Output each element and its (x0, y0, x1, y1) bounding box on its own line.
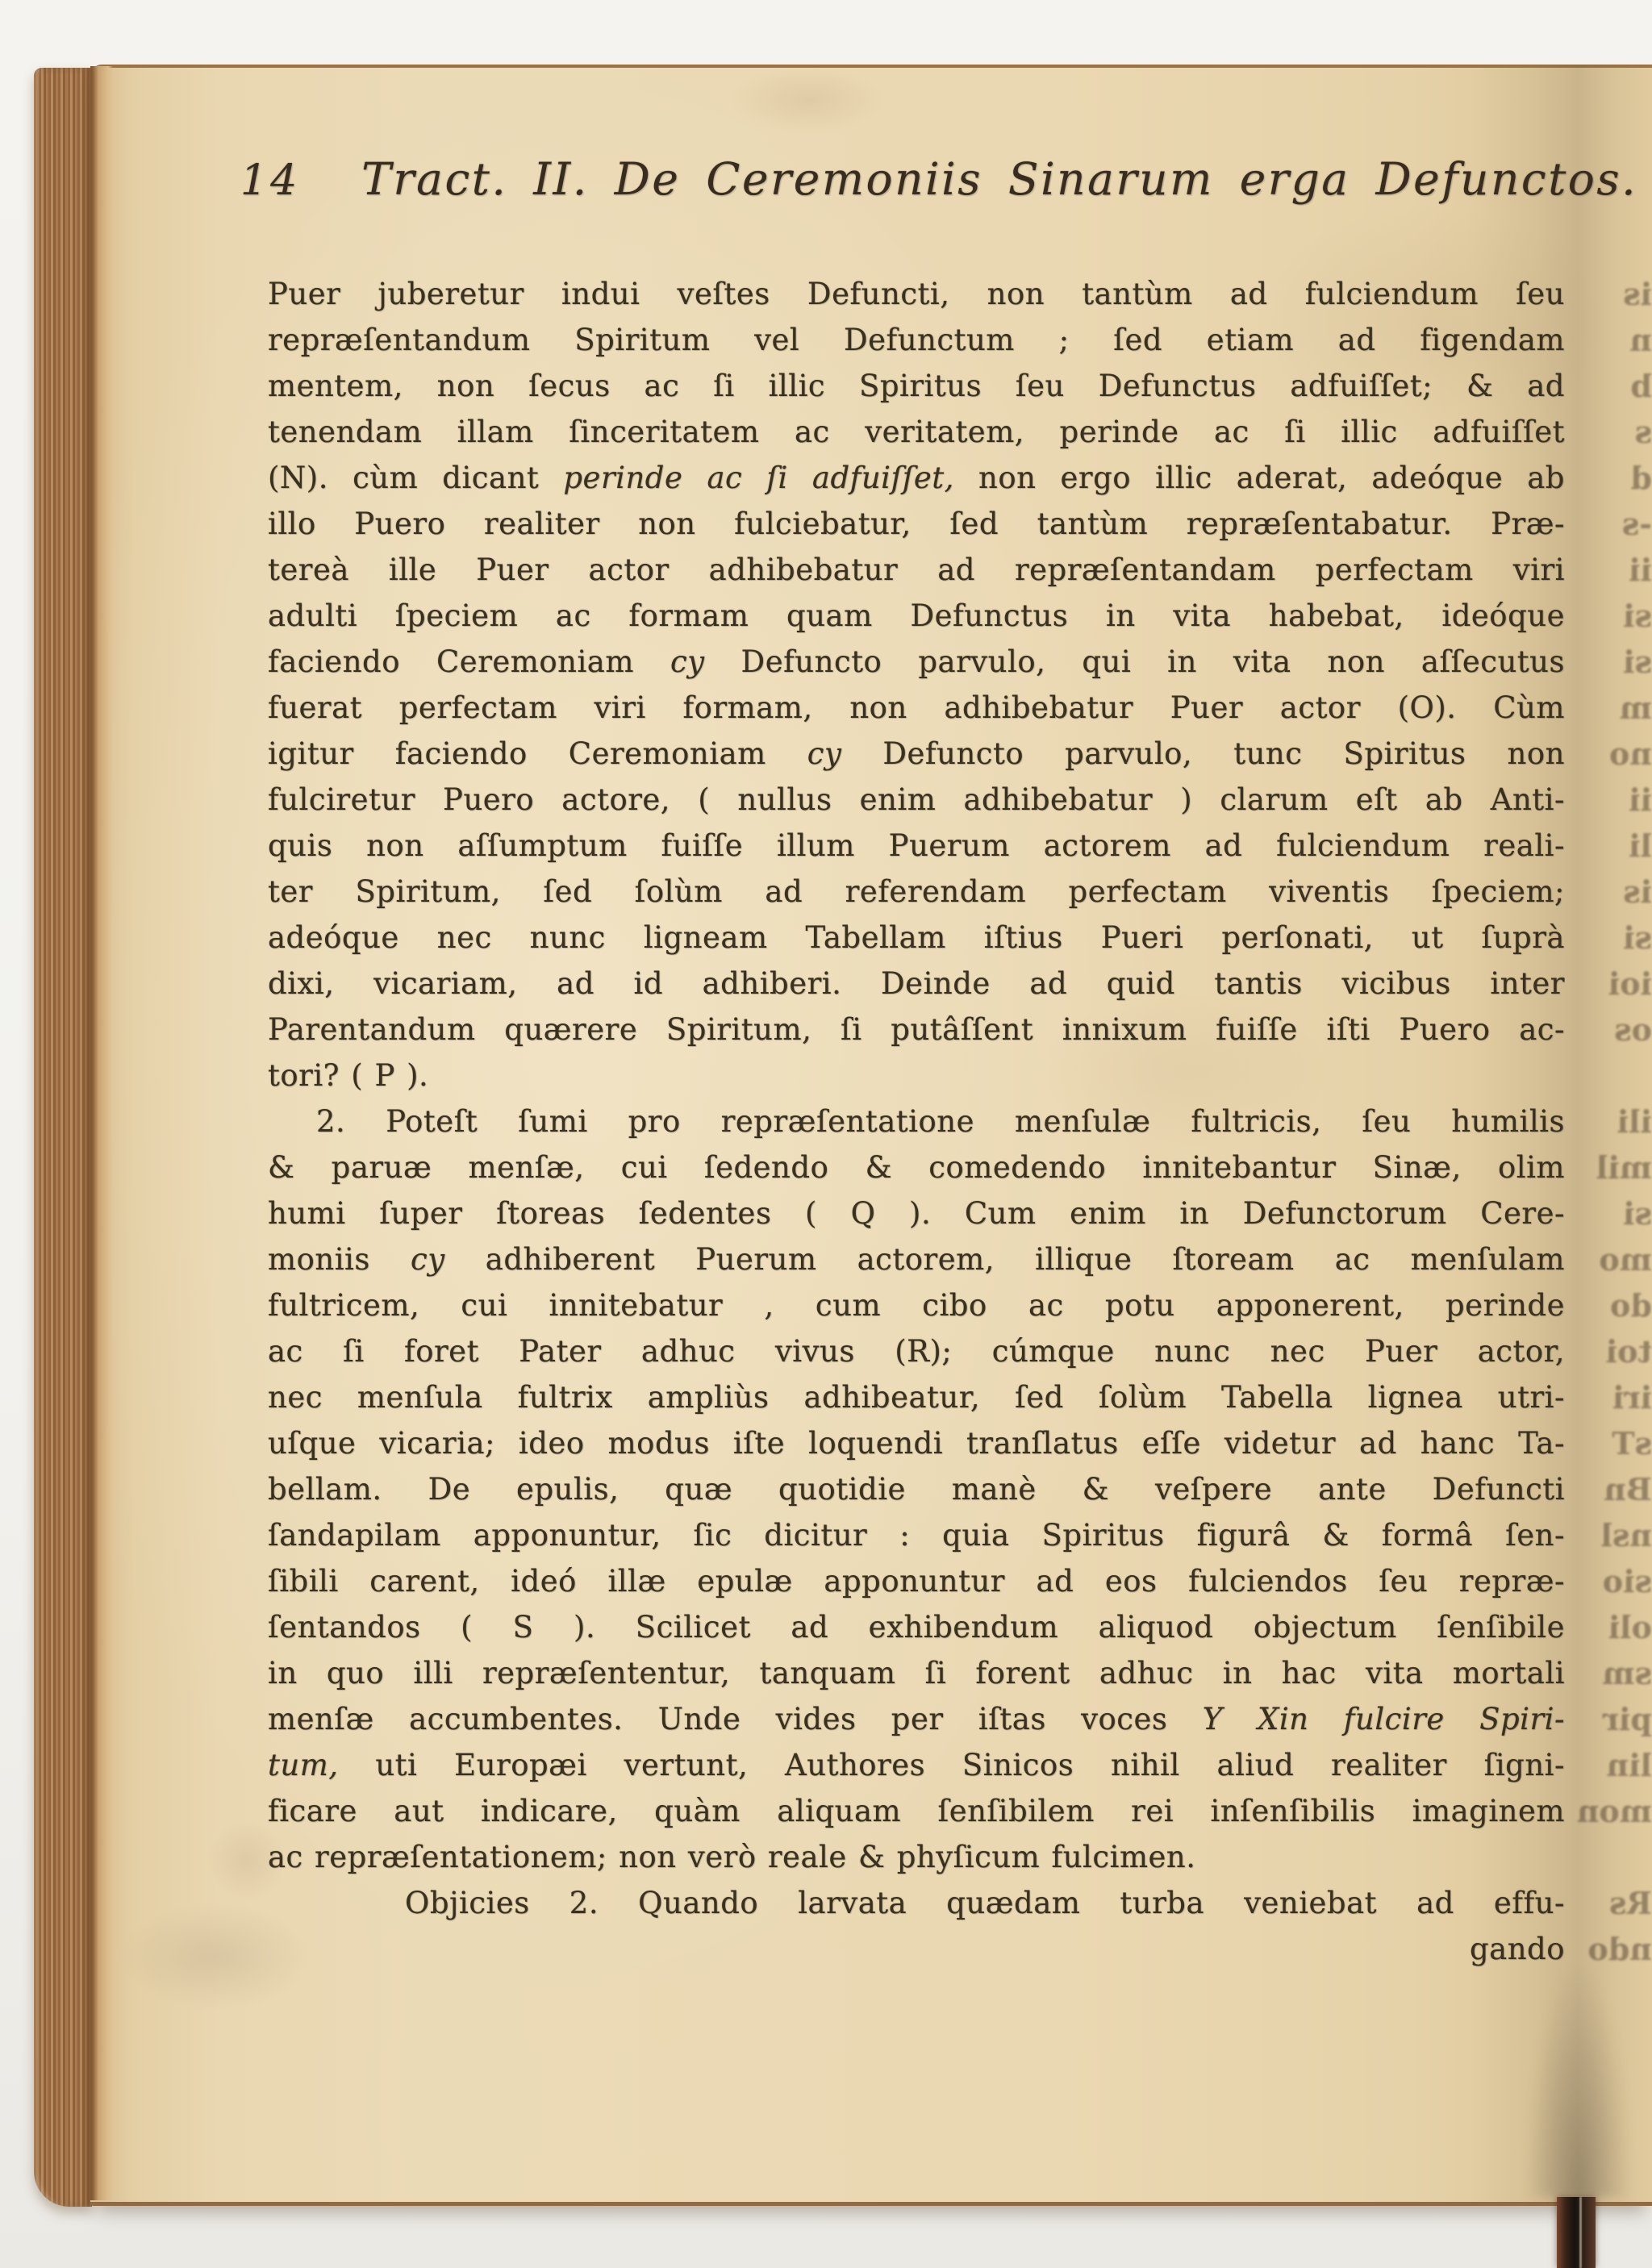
body-line: ter Spiritum, ſed ſolùm ad referendam pe… (268, 869, 1565, 915)
body-line: Parentandum quærere Spiritum, ſi putâſſe… (268, 1007, 1565, 1053)
text-segment: in quo illi repræſententur, tanquam ſi f… (268, 1656, 1565, 1691)
body-line: uſque vicaria; ideo modus iſte loquendi … (268, 1420, 1565, 1466)
page-number: 14 (240, 156, 300, 205)
italic-phrase: Y Xin fulcire Spiri- (1203, 1702, 1565, 1736)
text-segment: nec menſula fultrix ampliùs adhibeatur, … (268, 1380, 1565, 1415)
body-line: quis non aſſumptum fuiſſe illum Puerum a… (268, 823, 1565, 869)
text-segment: tori? ( P ). (268, 1058, 428, 1093)
text-segment: ſandapilam apponuntur, ſic dicitur : qui… (268, 1518, 1565, 1553)
body-line: (N). cùm dicant perinde ac ſi adfuiſſet,… (268, 455, 1565, 501)
body-line: tenendam illam ſinceritatem ac veritatem… (268, 409, 1565, 455)
text-segment: repræſentandum Spiritum vel Defunctum ; … (268, 323, 1565, 357)
body-line: mentem, non ſecus ac ſi illic Spiritus ſ… (268, 363, 1565, 409)
text-segment: bellam. De epulis, quæ quotidie manè & v… (268, 1472, 1565, 1507)
body-line: fulciretur Puero actore, ( nullus enim a… (268, 777, 1565, 823)
text-segment: moniis (268, 1242, 411, 1277)
body-line: illo Puero realiter non fulciebatur, ſed… (268, 501, 1565, 547)
stacked-page-edges (34, 68, 92, 2207)
body-line: ac repræſentationem; non verò reale & ph… (268, 1834, 1565, 1880)
bookmark-ribbon (1557, 2197, 1596, 2268)
body-line: menſæ accumbentes. Unde vides per iſtas … (268, 1696, 1565, 1742)
body-line: repræſentandum Spiritum vel Defunctum ; … (268, 317, 1565, 363)
running-header: 14Tract. II. De Ceremoniis Sinarum erga … (240, 153, 1637, 205)
italic-phrase: perinde ac ſi adfuiſſet, (563, 461, 954, 495)
text-segment: faciendo Ceremoniam (268, 644, 670, 679)
italic-phrase: cy (670, 644, 705, 679)
body-lines: Puer juberetur indui veſtes Defuncti, no… (268, 271, 1565, 1972)
text-segment: (N). cùm dicant (268, 461, 563, 495)
body-line: adulti ſpeciem ac formam quam Defunctus … (268, 593, 1565, 639)
text-segment: quis non aſſumptum fuiſſe illum Puerum a… (268, 828, 1565, 863)
body-line: 2. Poteſt ſumi pro repræſentatione menſu… (268, 1099, 1565, 1144)
body-line: nec menſula fultrix ampliùs adhibeatur, … (268, 1374, 1565, 1420)
text-segment: adeóque nec nunc ligneam Tabellam iſtius… (268, 920, 1565, 955)
body-line: tum, uti Europæi vertunt, Authores Sinic… (268, 1742, 1565, 1788)
body-line: igitur faciendo Ceremoniam cy Defuncto p… (268, 731, 1565, 777)
text-segment: ſibili carent, ideó illæ epulæ apponuntu… (268, 1564, 1565, 1599)
text-segment: fultricem, cui innitebatur , cum cibo ac… (268, 1288, 1565, 1323)
text-segment: 2. Poteſt ſumi pro repræſentatione menſu… (316, 1104, 1565, 1139)
text-segment: gando (1470, 1932, 1565, 1966)
body-line: ficare aut indicare, quàm aliquam ſenſib… (268, 1788, 1565, 1834)
body-line: humi ſuper ſtoreas ſedentes ( Q ). Cum e… (268, 1190, 1565, 1236)
body-line: ſentandos ( S ). Scilicet ad exhibendum … (268, 1604, 1565, 1650)
body-line: ac ſi foret Pater adhuc vivus (R); cúmqu… (268, 1328, 1565, 1374)
text-segment: ſentandos ( S ). Scilicet ad exhibendum … (268, 1610, 1565, 1645)
text-segment: tereà ille Puer actor adhibebatur ad rep… (268, 552, 1565, 587)
body-line: bellam. De epulis, quæ quotidie manè & v… (268, 1466, 1565, 1512)
body-line: ſandapilam apponuntur, ſic dicitur : qui… (268, 1512, 1565, 1558)
body-line: dixi, vicariam, ad id adhiberi. Deinde a… (268, 961, 1565, 1007)
text-segment: & paruæ menſæ, cui ſedendo & comedendo i… (268, 1150, 1565, 1185)
header-title: Tract. II. De Ceremoniis Sinarum erga De… (361, 153, 1637, 205)
text-segment: igitur faciendo Ceremoniam (268, 736, 807, 771)
text-segment: fulciretur Puero actore, ( nullus enim a… (268, 782, 1565, 817)
text-segment: tenendam illam ſinceritatem ac veritatem… (268, 415, 1565, 449)
body-line: Puer juberetur indui veſtes Defuncti, no… (268, 271, 1565, 317)
body-line: tori? ( P ). (268, 1053, 1565, 1099)
body-line: fultricem, cui innitebatur , cum cibo ac… (268, 1282, 1565, 1328)
italic-phrase: tum, (268, 1748, 339, 1782)
text-segment: menſæ accumbentes. Unde vides per iſtas … (268, 1702, 1203, 1736)
text-segment: Defuncto parvulo, qui in vita non aſſecu… (705, 644, 1565, 679)
text-segment: non ergo illic aderat, adeóque ab (954, 461, 1565, 495)
text-segment: dixi, vicariam, ad id adhiberi. Deinde a… (268, 966, 1565, 1001)
text-segment: Defuncto parvulo, tunc Spiritus non (841, 736, 1565, 771)
text-segment: uti Europæi vertunt, Authores Sinicos ni… (339, 1748, 1565, 1782)
text-segment: ac repræſentationem; non verò reale & ph… (268, 1840, 1196, 1874)
text-segment: adulti ſpeciem ac formam quam Defunctus … (268, 598, 1565, 633)
text-segment: adhiberent Puerum actorem, illique ſtore… (445, 1242, 1565, 1277)
italic-phrase: cy (807, 736, 842, 771)
italic-phrase: cy (411, 1242, 445, 1277)
scanned-book-page: { "colors":{ "paper":"#e9d7b1","ink":"#3… (0, 0, 1652, 2268)
catchword: gando (268, 1926, 1565, 1972)
body-line: tereà ille Puer actor adhibebatur ad rep… (268, 547, 1565, 593)
body-line: & paruæ menſæ, cui ſedendo & comedendo i… (268, 1144, 1565, 1190)
body-line: ſibili carent, ideó illæ epulæ apponuntu… (268, 1558, 1565, 1604)
body-line: Objicies 2. Quando larvata quædam turba … (268, 1880, 1565, 1926)
text-segment: humi ſuper ſtoreas ſedentes ( Q ). Cum e… (268, 1196, 1565, 1231)
body-line: adeóque nec nunc ligneam Tabellam iſtius… (268, 915, 1565, 961)
text-segment: Parentandum quærere Spiritum, ſi putâſſe… (268, 1012, 1565, 1047)
text-segment: mentem, non ſecus ac ſi illic Spiritus ſ… (268, 369, 1565, 403)
body-line: moniis cy adhiberent Puerum actorem, ill… (268, 1236, 1565, 1282)
text-segment: ficare aut indicare, quàm aliquam ſenſib… (268, 1794, 1565, 1828)
text-segment: ac ſi foret Pater adhuc vivus (R); cúmqu… (268, 1334, 1565, 1369)
text-segment: fuerat perfectam viri formam, non adhibe… (268, 690, 1565, 725)
page-edge-seam (90, 66, 113, 2200)
text-segment: ter Spiritum, ſed ſolùm ad referendam pe… (268, 874, 1565, 909)
body-line: in quo illi repræſententur, tanquam ſi f… (268, 1650, 1565, 1696)
text-segment: uſque vicaria; ideo modus iſte loquendi … (268, 1426, 1565, 1461)
body-line: fuerat perfectam viri formam, non adhibe… (268, 685, 1565, 731)
body-line: faciendo Ceremoniam cy Defuncto parvulo,… (268, 639, 1565, 685)
text-segment: illo Puero realiter non fulciebatur, ſed… (268, 507, 1565, 541)
text-segment: Objicies 2. Quando larvata quædam turba … (405, 1886, 1565, 1920)
text-segment: Puer juberetur indui veſtes Defuncti, no… (268, 277, 1565, 311)
